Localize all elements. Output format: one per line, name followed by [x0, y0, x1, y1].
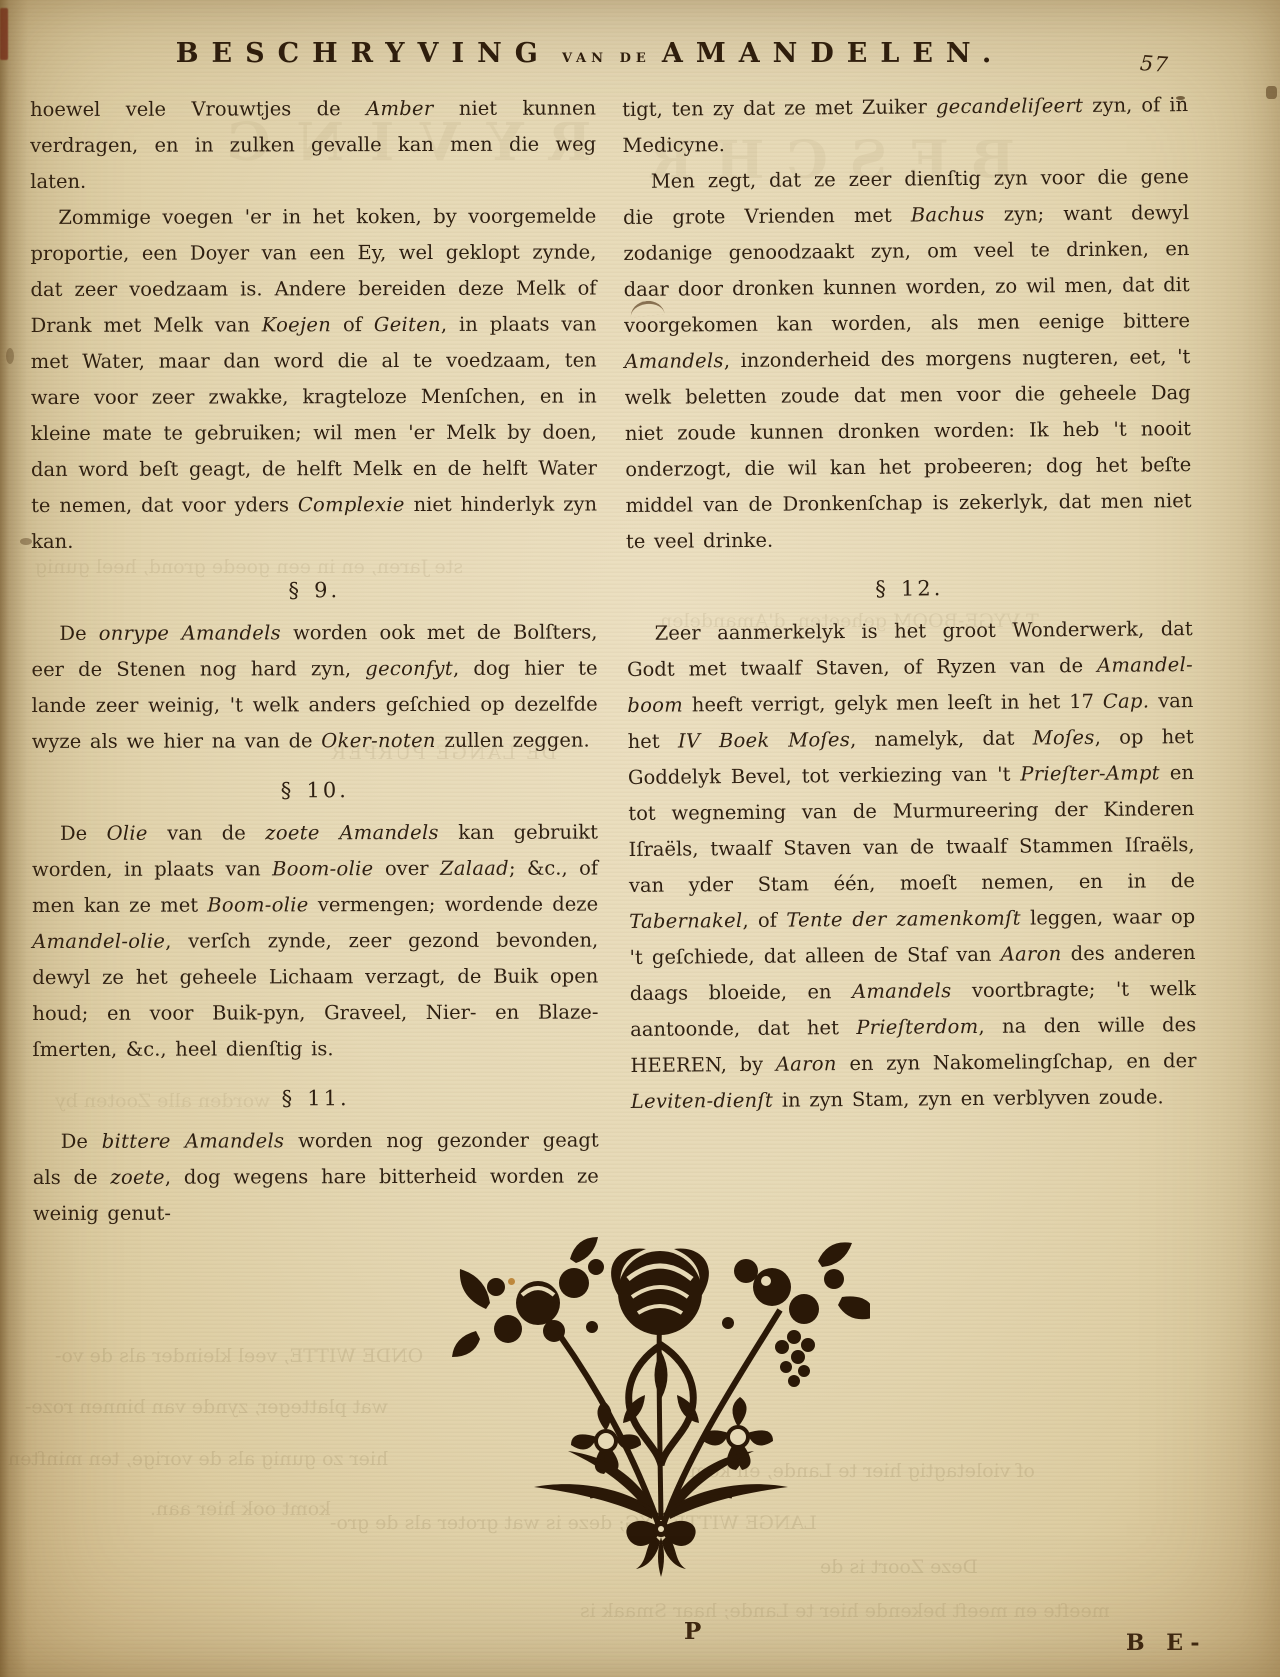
ink-speck: [6, 348, 14, 364]
right-column: tigt, ten zy dat ze met Zuiker gecandeli…: [622, 87, 1197, 1120]
floral-woodcut-icon: [450, 1235, 870, 1580]
section-heading: § 12.: [626, 568, 1192, 609]
section-heading: § 10.: [32, 772, 598, 809]
catchword: B E-: [1126, 1630, 1207, 1656]
running-title-word: BESCHRYVING: [176, 38, 551, 69]
left-column: hoewel vele Vrouwtjes de Amber niet kunn…: [30, 91, 599, 1232]
section-heading: § 11.: [33, 1080, 599, 1117]
ink-speck: [1176, 96, 1185, 100]
running-title: BESCHRYVING van de AMANDELEN.: [0, 38, 1180, 69]
ink-speck: [20, 538, 32, 545]
page-number: 57: [1139, 51, 1169, 77]
signature-mark: P: [684, 1618, 701, 1645]
red-ink-mark: [0, 8, 8, 60]
ink-speck: [1266, 86, 1277, 99]
section-heading: § 9.: [31, 572, 597, 609]
paragraph: De Olie van de zoete Amandels kan gebrui…: [32, 815, 599, 1068]
paragraph: De bittere Amandels worden nog gezonder …: [33, 1123, 599, 1232]
paragraph: hoewel vele Vrouwtjes de Amber niet kunn…: [30, 91, 596, 200]
running-title-word: AMANDELEN.: [662, 38, 1004, 69]
running-title-word: van de: [562, 45, 651, 67]
paragraph: Zeer aanmerkelyk is het groot Wonderwerk…: [627, 611, 1197, 1120]
paragraph: Men zegt, dat ze zeer dienſtig zyn voor …: [623, 159, 1192, 560]
floral-tailpiece-ornament: [450, 1235, 870, 1580]
paragraph: Zommige voegen 'er in het koken, by voor…: [30, 199, 597, 560]
binding-edge-shadow: [0, 0, 30, 1677]
paragraph: De onrype Amandels worden ook met de Bol…: [31, 615, 597, 760]
paragraph: tigt, ten zy dat ze met Zuiker gecandeli…: [622, 87, 1189, 164]
